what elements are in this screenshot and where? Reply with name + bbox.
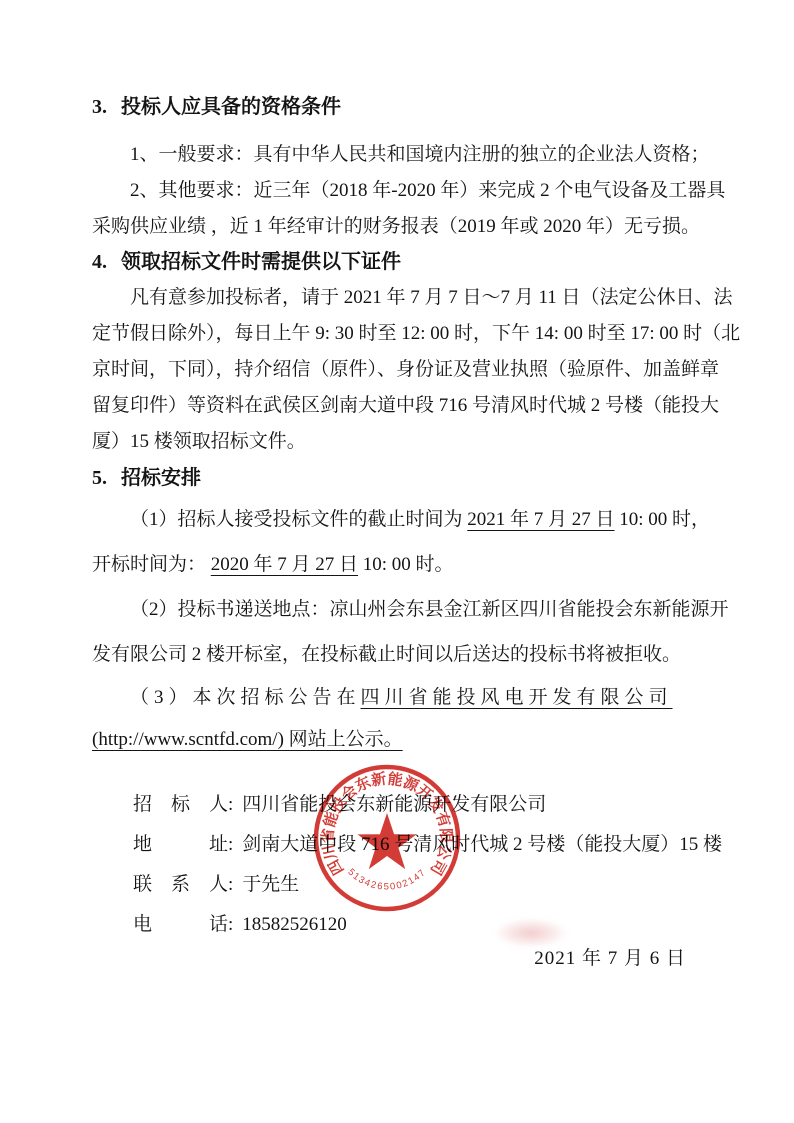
section-5-title: 招标安排 — [121, 467, 201, 489]
section-4-body: 凡有意参加投标者，请于 2021 年 7 月 7 日～7 月 11 日（法定公休… — [92, 280, 718, 460]
section-5-number: 5. — [92, 466, 107, 490]
opening-date: 2020 年 7 月 27 日 — [211, 554, 358, 575]
document-page: 3.投标人应具备的资格条件 1、一般要求：具有中华人民共和国境内注册的独立的企业… — [0, 0, 794, 1123]
contact-value: 于先生 — [242, 874, 299, 895]
contact-label: 联 系 人: — [133, 865, 233, 905]
paragraph-line: 开标时间为： 2020 年 7 月 27 日 10: 00 时。 — [92, 542, 718, 587]
paragraph-line: 凡有意参加投标者，请于 2021 年 7 月 7 日～7 月 11 日（法定公休… — [92, 280, 718, 316]
paragraph-line: (http://www.scntfd.com/) 网站上公示。 — [92, 719, 718, 761]
paragraph-line: 定节假日除外），每日上午 9: 30 时至 12: 00 时，下午 14: 00… — [92, 316, 718, 352]
paragraph-line: 发有限公司 2 楼开标室，在投标截止时间以后送达的投标书将被拒收。 — [92, 632, 718, 677]
opening-time: 10: 00 时。 — [358, 554, 454, 575]
paragraph-line: 2、其他要求：近三年（2018 年-2020 年）来完成 2 个电气设备及工器具 — [92, 173, 718, 209]
svg-text:5134265002147: 5134265002147 — [345, 867, 428, 893]
paragraph-line: 厦）15 楼领取招标文件。 — [92, 424, 718, 460]
opening-text: 开标时间为： — [92, 554, 211, 575]
paragraph-line: （2）投标书递送地点：凉山州会东县金江新区四川省能投会东新能源开 — [92, 587, 718, 632]
tender-schedule-paragraph-1: （1）招标人接受投标文件的截止时间为 2021 年 7 月 27 日 10: 0… — [92, 497, 718, 587]
section-3-body: 1、一般要求：具有中华人民共和国境内注册的独立的企业法人资格； 2、其他要求：近… — [92, 137, 718, 245]
company-link-text: 四川省能投风电开发有限公司 — [361, 687, 673, 708]
section-4-heading: 4.领取招标文件时需提供以下证件 — [92, 250, 718, 274]
paragraph-line: 采购供应业绩 ，近 1 年经审计的财务报表（2019 年或 2020 年）无亏损… — [92, 209, 718, 245]
section-4-title: 领取招标文件时需提供以下证件 — [121, 251, 401, 273]
company-seal: 四川省能投会东新能源开发有限公司 5134265002147 — [307, 758, 467, 918]
announcement-text: （3）本次招标公告在 — [130, 687, 361, 708]
section-5-heading: 5.招标安排 — [92, 466, 718, 490]
paragraph-line: （1）招标人接受投标文件的截止时间为 2021 年 7 月 27 日 10: 0… — [92, 497, 718, 542]
paragraph-line: （3）本次招标公告在四川省能投风电开发有限公司 — [92, 677, 718, 719]
tender-schedule-paragraph-3: （3）本次招标公告在四川省能投风电开发有限公司 (http://www.scnt… — [92, 677, 718, 761]
tender-schedule-paragraph-2: （2）投标书递送地点：凉山州会东县金江新区四川省能投会东新能源开 发有限公司 2… — [92, 587, 718, 677]
contact-label: 地 址: — [133, 825, 233, 865]
section-4-number: 4. — [92, 250, 107, 274]
paragraph-line: 留复印件）等资料在武侯区剑南大道中段 716 号清风时代城 2 号楼（能投大 — [92, 388, 718, 424]
paragraph-line: 1、一般要求：具有中华人民共和国境内注册的独立的企业法人资格； — [92, 137, 718, 173]
contact-label: 电 话: — [133, 905, 233, 945]
issue-date: 2021 年 7 月 6 日 — [92, 947, 718, 971]
contact-label: 招 标 人: — [133, 785, 233, 825]
seal-number-text: 5134265002147 — [345, 867, 428, 893]
seal-star-icon — [358, 813, 417, 869]
section-3-title: 投标人应具备的资格条件 — [121, 96, 341, 118]
section-3-number: 3. — [92, 95, 107, 119]
stamp-smudge — [493, 918, 569, 948]
deadline-date: 2021 年 7 月 27 日 — [467, 509, 614, 530]
section-3-heading: 3.投标人应具备的资格条件 — [92, 95, 718, 119]
website-url-line: (http://www.scntfd.com/) 网站上公示。 — [92, 729, 403, 750]
deadline-text: （1）招标人接受投标文件的截止时间为 — [130, 509, 467, 530]
paragraph-line: 京时间，下同），持介绍信（原件）、身份证及营业执照（验原件、加盖鲜章 — [92, 352, 718, 388]
deadline-time: 10: 00 时， — [615, 509, 711, 530]
